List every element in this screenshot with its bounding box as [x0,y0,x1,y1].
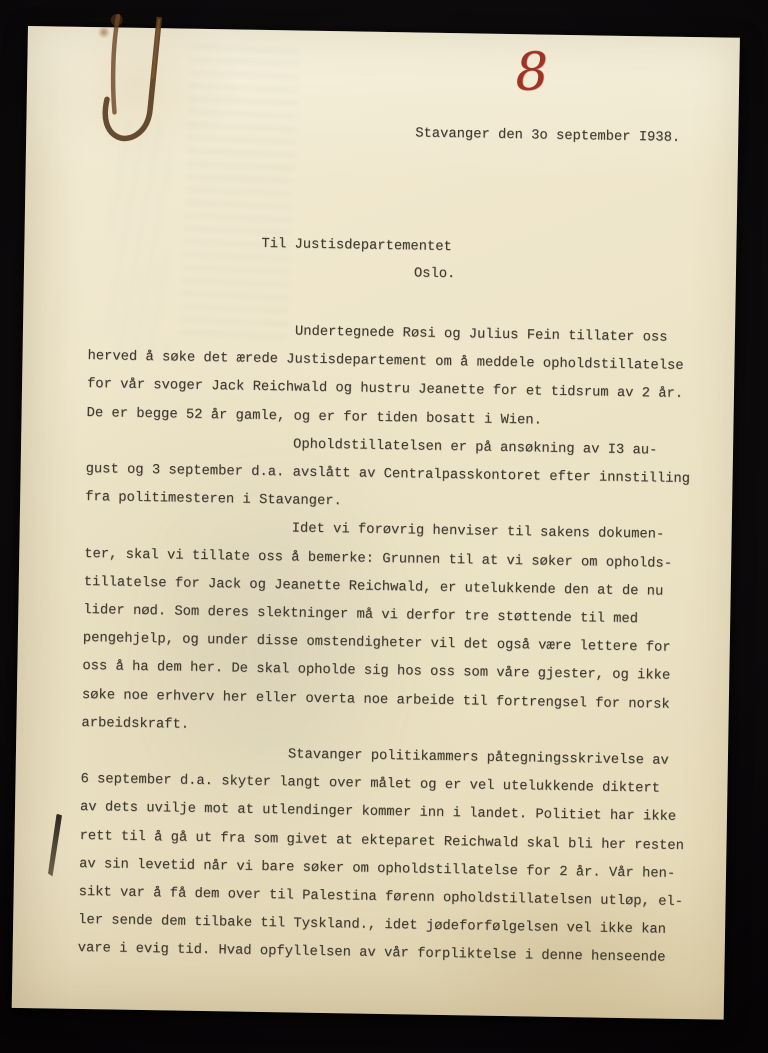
letter-body: Undertegnede Røsi og Julius Fein tillate… [77,315,716,974]
paragraph-4: Stavanger politikammers påtegningsskrive… [77,738,709,974]
paragraph-2: Opholdstillatelsen er på ansøkning av I3… [85,428,714,523]
paragraph-1: Undertegnede Røsi og Julius Fein tillate… [86,315,716,438]
paperclip-icon [64,8,190,160]
photo-background: 8 Stavanger den 3o september I938. Til J… [0,0,768,1053]
handwritten-page-number: 8 [514,42,549,103]
letter-page: 8 Stavanger den 3o september I938. Til J… [12,26,740,1020]
recipient-name: Til Justisdepartementet [261,231,456,261]
paragraph-3: Idet vi forøvrig henviser til sakens dok… [81,512,713,748]
ink-bleedthrough-lines [179,45,300,344]
recipient-city: Oslo. [414,260,456,288]
dateline: Stavanger den 3o september I938. [415,126,680,145]
margin-ink-mark [48,813,63,876]
recipient-block: Til Justisdepartementet Oslo. [261,231,456,288]
